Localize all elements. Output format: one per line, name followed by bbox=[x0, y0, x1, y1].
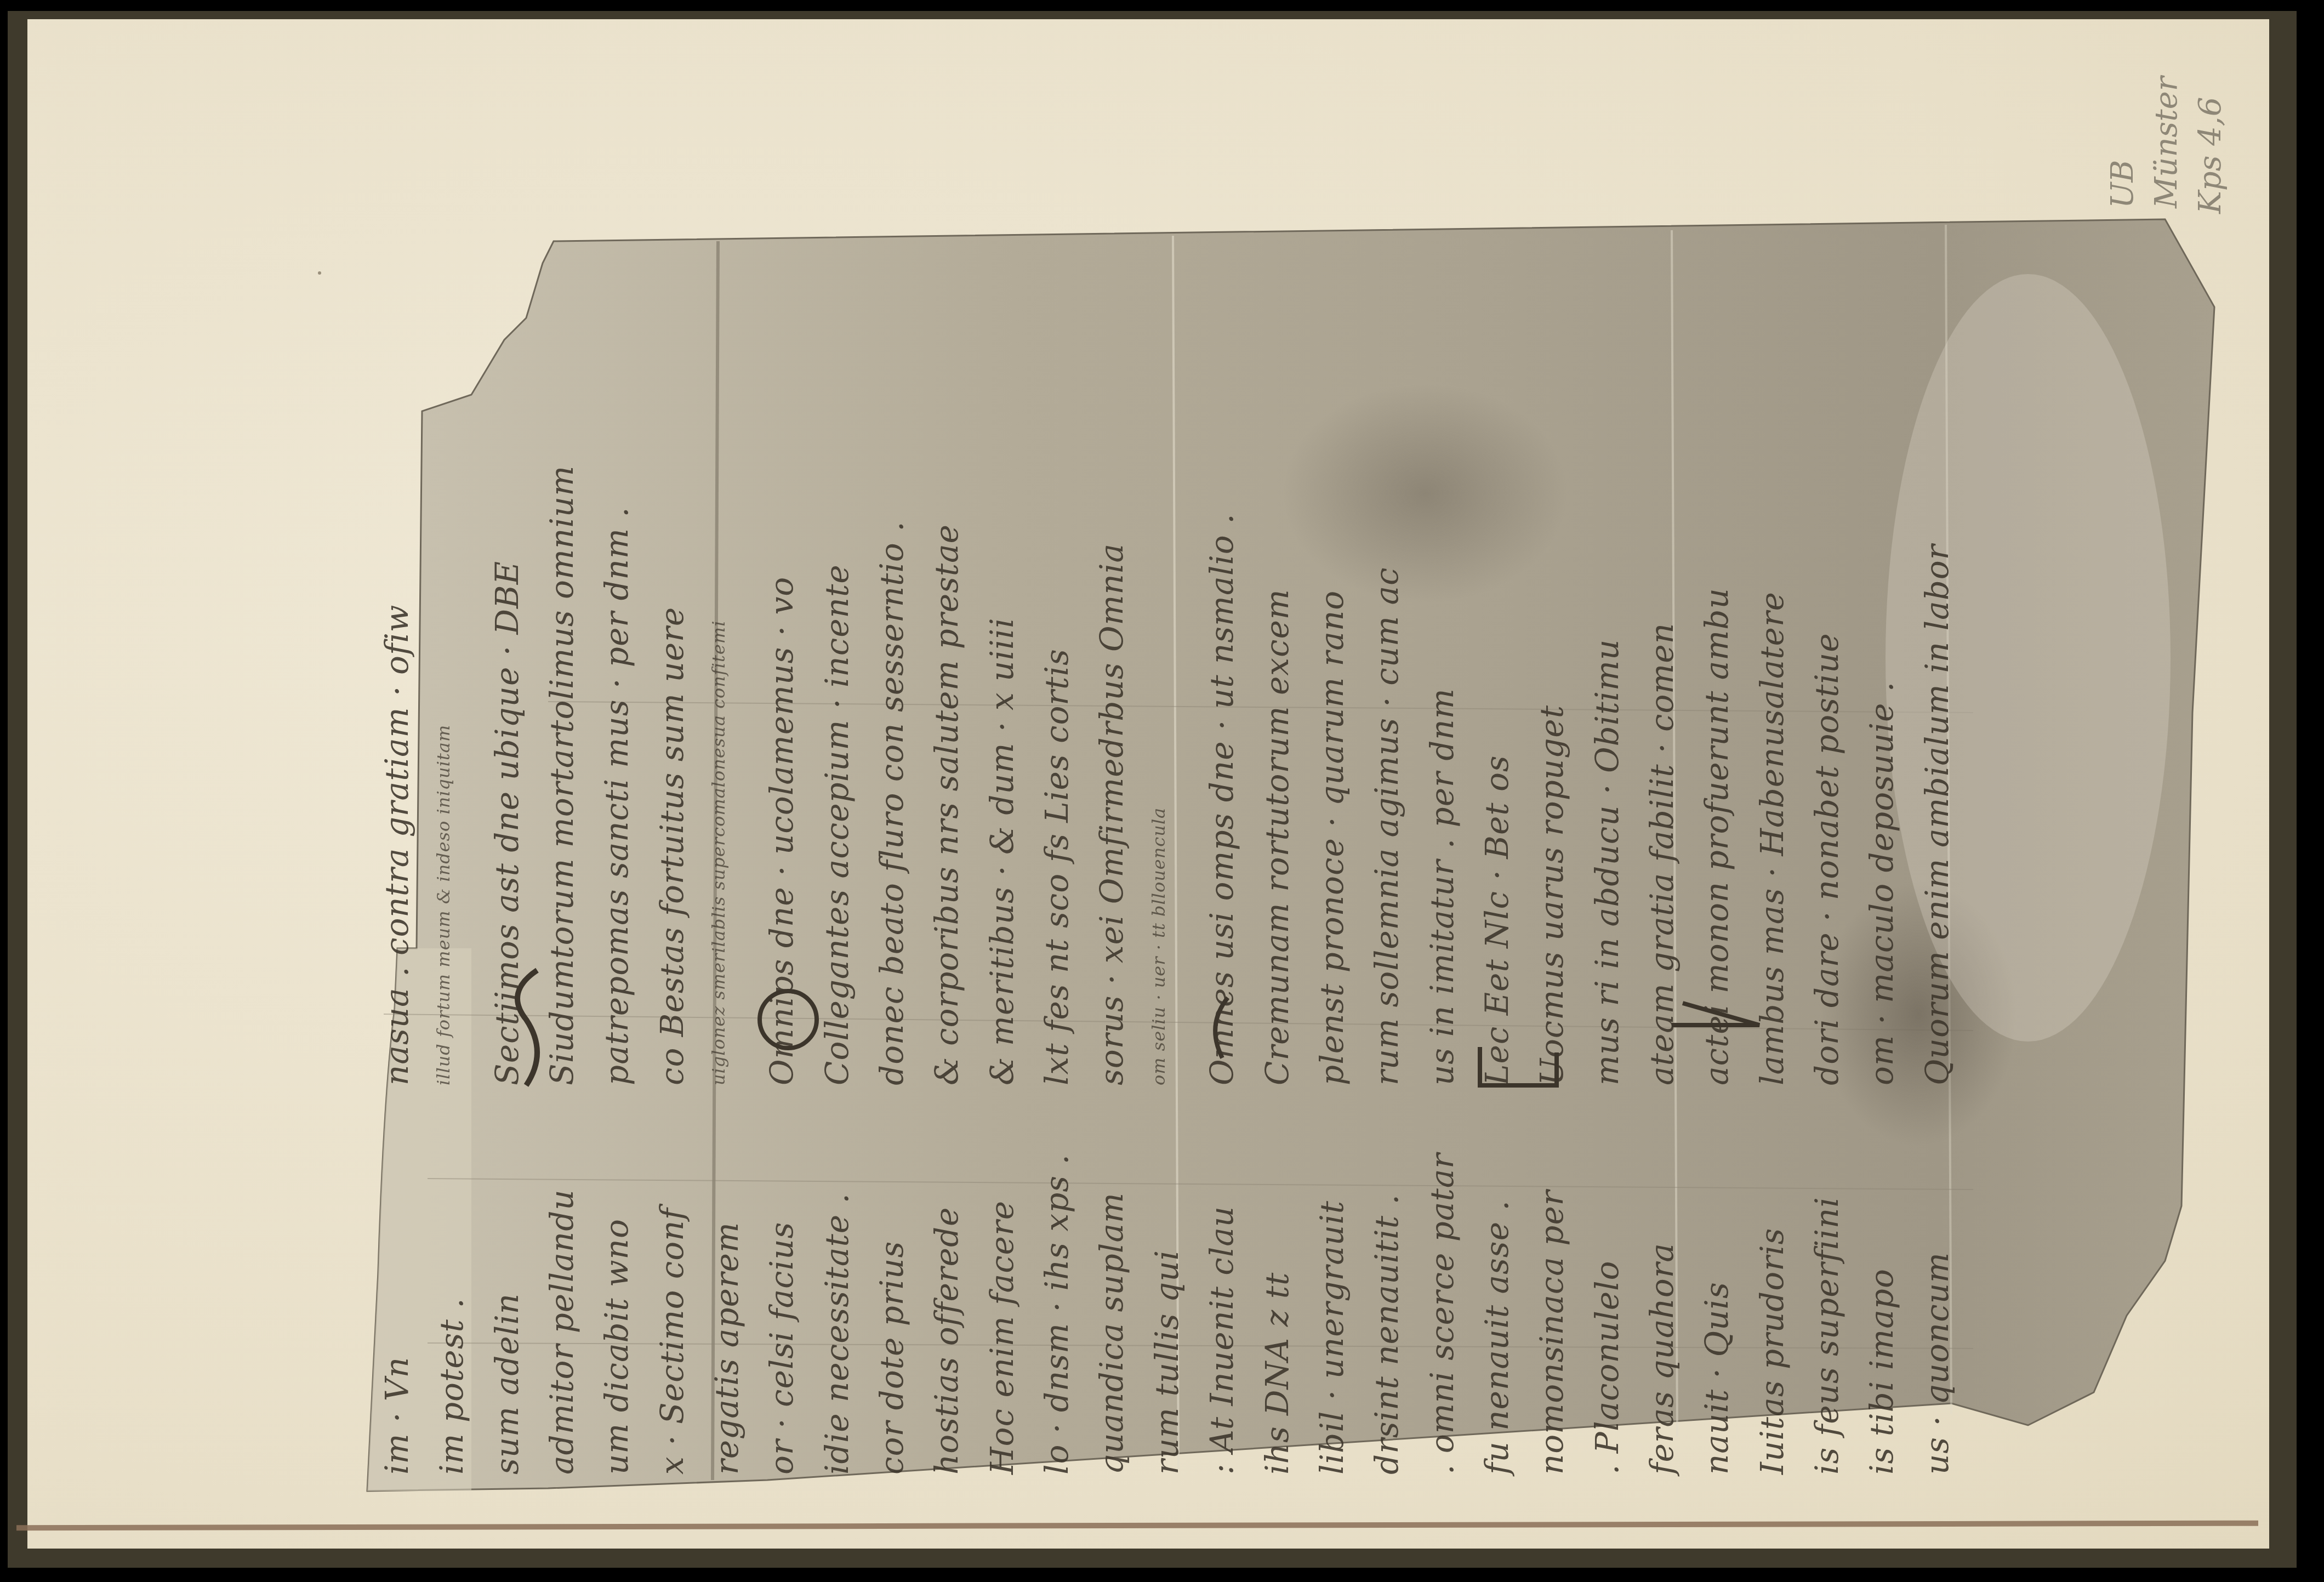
manuscript-line-left: x · Sectimo conf bbox=[653, 1208, 691, 1475]
manuscript-line-left: hostias offerede bbox=[928, 1207, 965, 1475]
manuscript-line-left: . omni scerce patar bbox=[1423, 1153, 1461, 1475]
manuscript-line-left: nomonsinaca per bbox=[1533, 1190, 1570, 1475]
shelfmark-line-2: Münster bbox=[2149, 76, 2184, 208]
manuscript-line-right: mus ri in abducu · Obitimu bbox=[1588, 639, 1626, 1085]
manuscript-line-left: Iuitas prudoris bbox=[1753, 1228, 1791, 1475]
manuscript-line-right: donec beato fluro con sesserntio . bbox=[873, 521, 910, 1085]
manuscript-line-left: us · quoncum bbox=[1918, 1252, 1956, 1475]
manuscript-line-right: lambus mas · Habenusalatere bbox=[1753, 591, 1791, 1085]
manuscript-line-right: co Bestas fortuitus sum uere bbox=[653, 607, 691, 1085]
manuscript-line-left: feras quahora bbox=[1643, 1243, 1681, 1475]
manuscript-line-left: quandica suplam bbox=[1093, 1192, 1130, 1475]
manuscript-line-right: Omnips dne · ucolamemus · vo bbox=[763, 577, 800, 1085]
manuscript-line-left: Hoc enim facere bbox=[983, 1200, 1021, 1475]
manuscript-line-left: is feus superfiini bbox=[1808, 1197, 1845, 1475]
manuscript-line-left: um dicabit wno bbox=[598, 1219, 635, 1475]
manuscript-line-right: Omnes usi omps dne · ut nsmalio . bbox=[1203, 513, 1240, 1085]
manuscript-line-right: Collegantes accepium · incente bbox=[818, 564, 856, 1085]
manuscript-line-right: & meritibus · & dum · x uiiii bbox=[983, 617, 1021, 1085]
shelfmark-line-1: UB bbox=[2105, 160, 2140, 208]
manuscript-line-left: regatis aperem bbox=[708, 1222, 745, 1475]
manuscript-line-right: dori dare · nonabet postiue bbox=[1808, 633, 1845, 1085]
manuscript-line-right: plenst pronoce · quarum rano bbox=[1313, 590, 1351, 1085]
manuscript-line-left: cor dote prius bbox=[873, 1241, 910, 1475]
manuscript-fragment: im · Vnim potest .sum adelinadmitor pell… bbox=[0, 0, 2324, 1582]
manuscript-line-right: us in imitatur . per dnm bbox=[1423, 688, 1461, 1085]
manuscript-line-left: ihs DNA z tt bbox=[1258, 1272, 1296, 1475]
manuscript-line-right: sorus · xei Omfirmedrbus Omnia bbox=[1093, 543, 1130, 1085]
manuscript-line-right: Uocmus uarus ropuget bbox=[1533, 705, 1570, 1085]
manuscript-line-right: & corporibus nrs salutem prestae bbox=[928, 524, 965, 1085]
manuscript-line-right: actei monon profuerunt ambu bbox=[1698, 588, 1735, 1085]
manuscript-line-left: rum tullis qui bbox=[1148, 1250, 1186, 1475]
manuscript-line-left: fu nenauit asse . bbox=[1478, 1200, 1516, 1475]
manuscript-line-right: nasua . contra gratiam · ofiw bbox=[378, 604, 415, 1085]
manuscript-line-left: lo · dnsm · ihs xps . bbox=[1038, 1154, 1075, 1475]
manuscript-line-left: is tibi imapo bbox=[1863, 1268, 1900, 1475]
manuscript-line-left: sum adelin bbox=[488, 1293, 526, 1475]
manuscript-line-right: Cremunam rortutorum excem bbox=[1258, 589, 1296, 1085]
manuscript-line-right: Lec Eet Nlc · Bet os bbox=[1478, 755, 1516, 1085]
archive-shelfmark: UB Münster Kps 4,6 bbox=[2105, 55, 2286, 219]
manuscript-line-right: Sectiimos ast dne ubique · DBE bbox=[488, 561, 526, 1085]
manuscript-line-right: Quorum enim ambialum in labor bbox=[1918, 544, 1956, 1085]
manuscript-line-right: lxt fes nt sco fs Lies cortis bbox=[1038, 648, 1075, 1085]
manuscript-line-left: im potest . bbox=[433, 1298, 470, 1475]
manuscript-line-left: nauit · Quis bbox=[1698, 1282, 1735, 1475]
manuscript-line-right: rum sollemnia agimus · cum ac bbox=[1368, 567, 1405, 1085]
manuscript-line-right: illud fortum meum & indeso iniquitam bbox=[433, 725, 454, 1085]
shelfmark-line-3: Kps 4,6 bbox=[2192, 97, 2228, 214]
manuscript-line-left: idie necessitate . bbox=[818, 1193, 856, 1475]
manuscript-line-right: om · maculo deposuuie . bbox=[1863, 681, 1900, 1085]
speck bbox=[318, 271, 321, 275]
manuscript-line-right: ateam gratia fabilit · comen bbox=[1643, 623, 1681, 1085]
manuscript-line-left: libil · unergrauit bbox=[1313, 1200, 1351, 1475]
manuscript-line-left: drsint nenauitit . bbox=[1368, 1194, 1405, 1475]
manuscript-line-right: patrepomas sancti mus · per dnm . bbox=[598, 507, 635, 1085]
manuscript-line-left: or · celsi facius bbox=[763, 1222, 800, 1475]
manuscript-line-right: om seliu · uer · tt bllouencula bbox=[1148, 807, 1169, 1085]
manuscript-line-left: : At Inuenit clau bbox=[1203, 1206, 1240, 1475]
manuscript-line-right: Siudumtorum mortartolimus omnium bbox=[543, 465, 580, 1085]
manuscript-line-left: . Placonulelo bbox=[1588, 1261, 1626, 1475]
manuscript-line-left: admitor pellandu bbox=[543, 1189, 580, 1475]
manuscript-line-right: uiglonez smerilablis supercomalonesua co… bbox=[708, 621, 729, 1085]
manuscript-line-left: im · Vn bbox=[378, 1357, 415, 1475]
